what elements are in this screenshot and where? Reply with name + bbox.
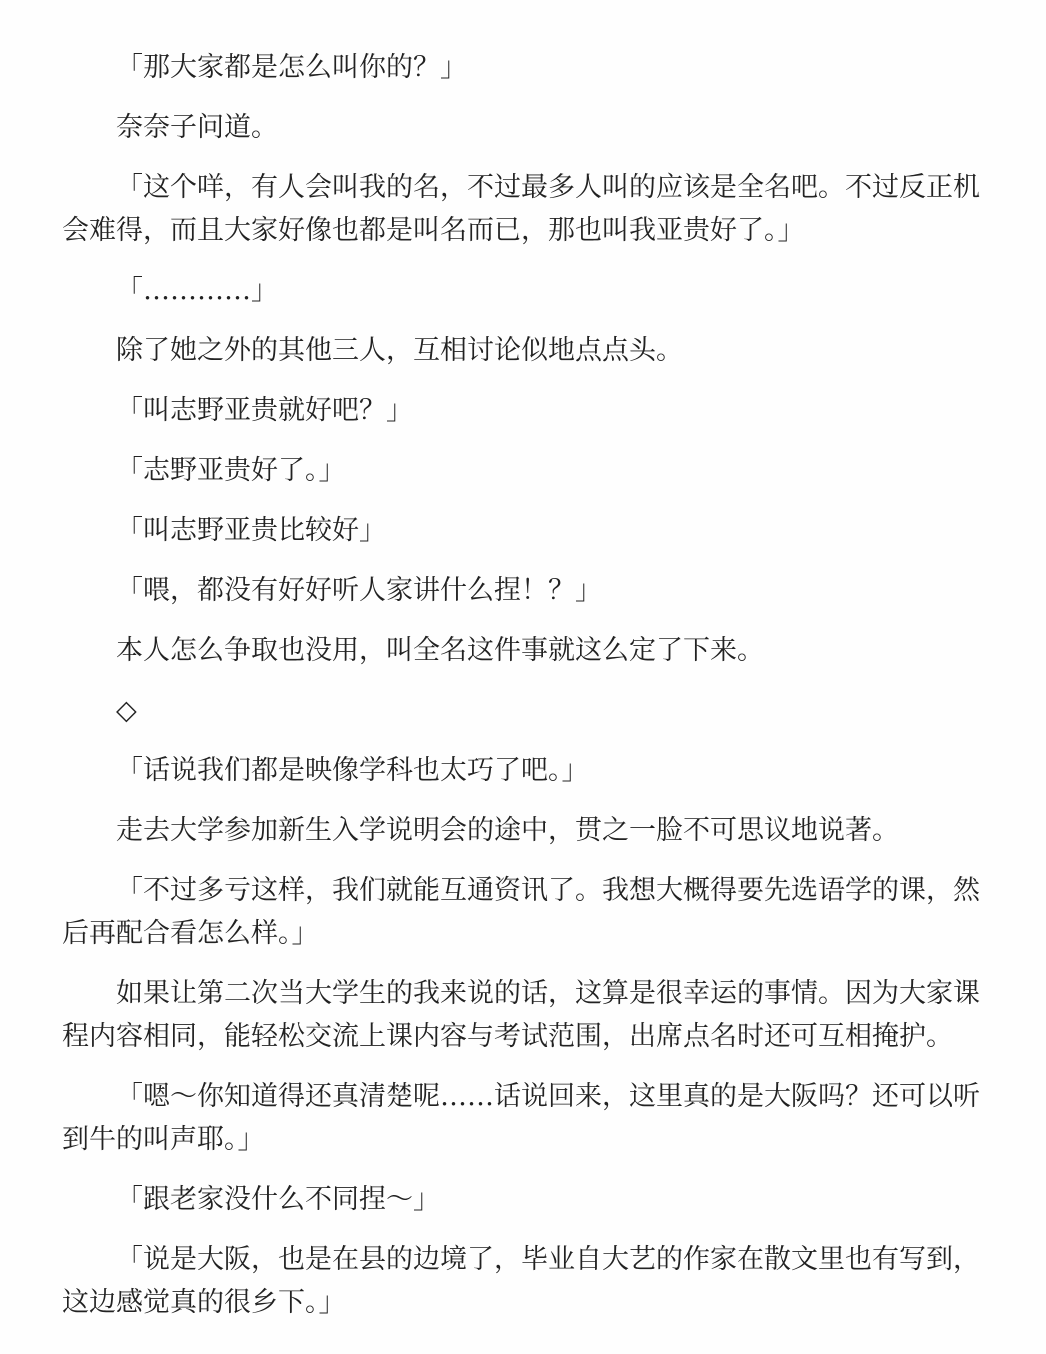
dialogue-paragraph: 「喂，都没有好好听人家讲什么捏！？」: [62, 569, 991, 612]
dialogue-paragraph: 「叫志野亚贵就好吧？」: [62, 389, 991, 432]
narration-paragraph: 如果让第二次当大学生的我来说的话，这算是很幸运的事情。因为大家课程内容相同，能轻…: [62, 972, 991, 1058]
dialogue-paragraph: 「那大家都是怎么叫你的？」: [62, 46, 991, 89]
section-divider-diamond: ◇: [62, 689, 991, 732]
dialogue-paragraph: 「跟老家没什么不同捏～」: [62, 1178, 991, 1221]
dialogue-paragraph: 「话说我们都是映像学科也太巧了吧。」: [62, 749, 991, 792]
narration-paragraph: 奈奈子问道。: [62, 106, 991, 149]
novel-page: 「那大家都是怎么叫你的？」 奈奈子问道。 「这个咩，有人会叫我的名，不过最多人叫…: [0, 0, 1046, 1354]
dialogue-paragraph: 「不过多亏这样，我们就能互通资讯了。我想大概得要先选语学的课，然后再配合看怎么样…: [62, 869, 991, 955]
dialogue-paragraph: 「志野亚贵好了。」: [62, 449, 991, 492]
narration-paragraph: 除了她之外的其他三人，互相讨论似地点点头。: [62, 329, 991, 372]
dialogue-paragraph: 「嗯～你知道得还真清楚呢……话说回来，这里真的是大阪吗？还可以听到牛的叫声耶。」: [62, 1075, 991, 1161]
dialogue-paragraph: 「叫志野亚贵比较好」: [62, 509, 991, 552]
dialogue-paragraph: 「这个咩，有人会叫我的名，不过最多人叫的应该是全名吧。不过反正机会难得，而且大家…: [62, 166, 991, 252]
dialogue-paragraph: 「说是大阪，也是在县的边境了，毕业自大艺的作家在散文里也有写到，这边感觉真的很乡…: [62, 1238, 991, 1324]
ellipsis-dialogue-paragraph: 「…………」: [62, 269, 991, 312]
narration-paragraph: 走去大学参加新生入学说明会的途中，贯之一脸不可思议地说著。: [62, 809, 991, 852]
page-content: 「那大家都是怎么叫你的？」 奈奈子问道。 「这个咩，有人会叫我的名，不过最多人叫…: [62, 46, 991, 1324]
narration-paragraph: 本人怎么争取也没用，叫全名这件事就这么定了下来。: [62, 629, 991, 672]
